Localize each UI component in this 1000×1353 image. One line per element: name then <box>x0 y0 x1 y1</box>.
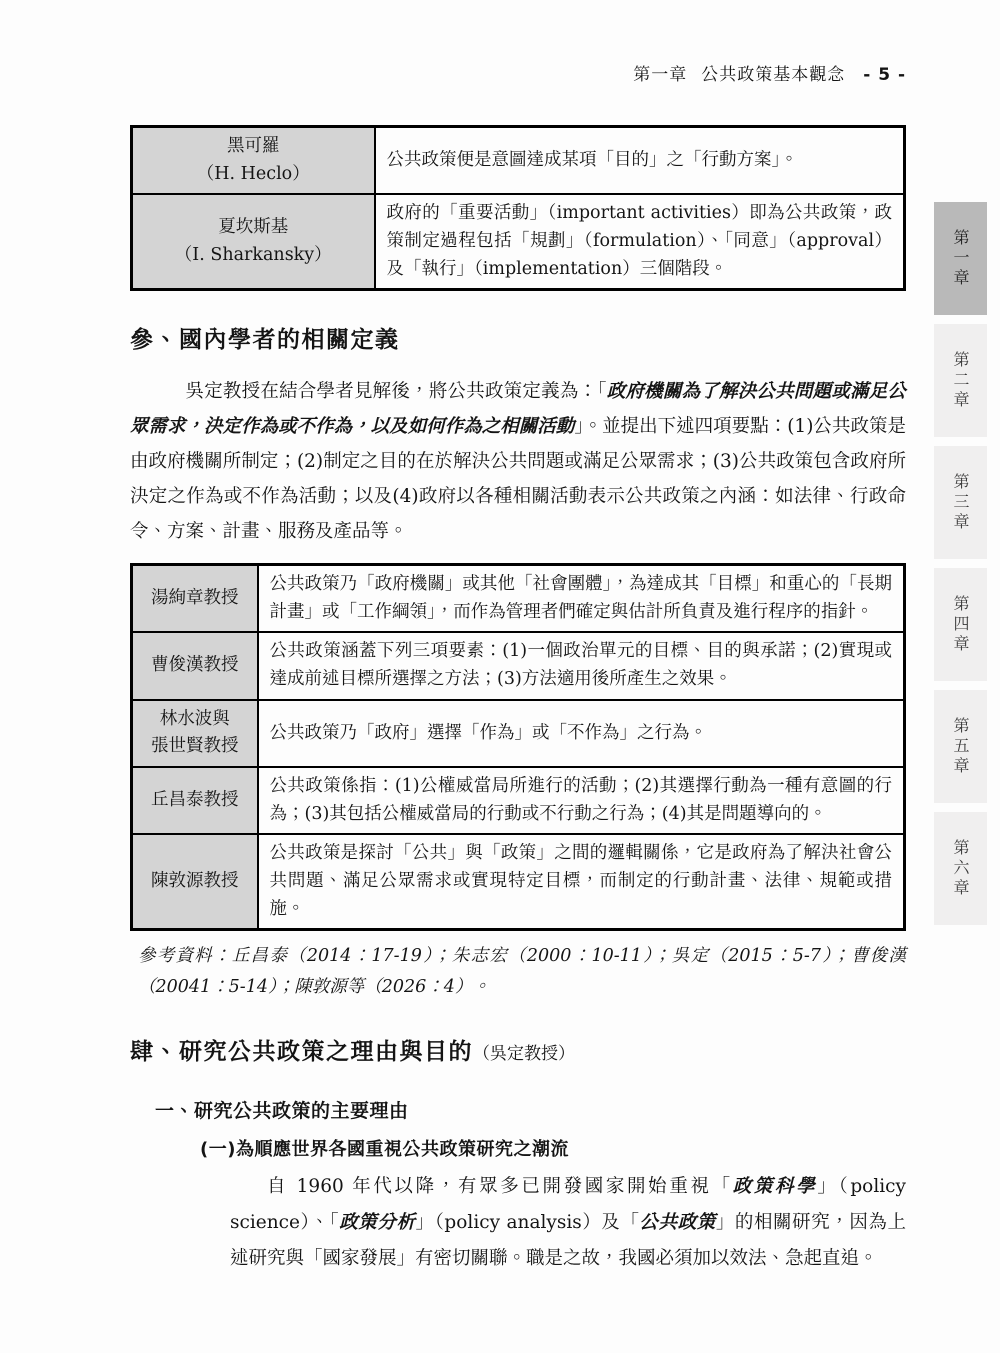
tab-chapter-2[interactable]: 第二章 <box>934 324 987 437</box>
section-heading-text: 肆、研究公共政策之理由與目的 <box>130 1038 473 1065</box>
subsection-heading-main-reasons: 一、研究公共政策的主要理由 <box>155 1096 906 1123</box>
professor-name-cell: 林水波與 張世賢教授 <box>132 700 258 767</box>
body-paragraph: 自 1960 年代以降，有眾多已開發國家開始重視「政策科學」（policy sc… <box>230 1169 906 1277</box>
domestic-scholars-table: 湯絢章教授 公共政策乃「政府機關」或其他「社會團體」，為達成其「目標」和重心的「… <box>130 563 906 931</box>
scholar-name: 黑可羅 <box>137 133 370 161</box>
professor-definition-cell: 公共政策涵蓋下列三項要素：(1)一個政治單元的目標、目的與承諾；(2)實現或達成… <box>258 632 905 699</box>
section-heading-note: （吳定教授） <box>473 1044 575 1064</box>
reference-note: 參考資料：丘昌泰（2014：17-19）；朱志宏（2000：10-11）；吳定（… <box>138 941 906 1003</box>
running-head: 第一章公共政策基本觀念- 5 - <box>130 60 906 85</box>
foreign-scholars-table: 黑可羅 （H. Heclo） 公共政策便是意圖達成某項「目的」之「行動方案」。 … <box>130 125 906 291</box>
intro-text: 吳定教授在結合學者見解後，將公共政策定義為：「 <box>186 381 607 402</box>
professor-name-cell: 曹俊漢教授 <box>132 632 258 699</box>
professor-name: 丘昌泰教授 <box>137 787 253 815</box>
scholar-definition-cell: 公共政策便是意圖達成某項「目的」之「行動方案」。 <box>375 127 905 195</box>
professor-name: 湯絢章教授 <box>137 585 253 613</box>
section-heading-domestic-definitions: 參、國內學者的相關定義 <box>130 321 906 354</box>
table-row: 黑可羅 （H. Heclo） 公共政策便是意圖達成某項「目的」之「行動方案」。 <box>132 127 905 195</box>
professor-definition-cell: 公共政策係指：(1)公權威當局所進行的活動；(2)其選擇行動為一種有意圖的行為；… <box>258 767 905 834</box>
scholar-name-cell: 黑可羅 （H. Heclo） <box>132 127 375 195</box>
table-row: 林水波與 張世賢教授 公共政策乃「政府」選擇「作為」或「不作為」之行為。 <box>132 700 905 767</box>
scholar-name-en: （I. Sharkansky） <box>137 242 370 270</box>
tab-chapter-5[interactable]: 第五章 <box>934 690 987 803</box>
professor-name: 曹俊漢教授 <box>137 652 253 680</box>
chapter-tab-strip: 第一章 第二章 第三章 第四章 第五章 第六章 <box>934 202 1000 934</box>
table-row: 夏坎斯基 （I. Sharkansky） 政府的「重要活動」（important… <box>132 194 905 289</box>
body-text: 自 1960 年代以降，有眾多已開發國家開始重視「 <box>267 1176 733 1197</box>
professor-name-cell: 丘昌泰教授 <box>132 767 258 834</box>
scholar-name-cell: 夏坎斯基 （I. Sharkansky） <box>132 194 375 289</box>
term-policy-analysis: 政策分析 <box>339 1212 415 1233</box>
intro-paragraph: 吳定教授在結合學者見解後，將公共政策定義為：「政府機關為了解決公共問題或滿足公眾… <box>130 374 906 549</box>
tab-chapter-1[interactable]: 第一章 <box>934 202 987 315</box>
professor-name-cell: 陳敦源教授 <box>132 834 258 929</box>
professor-definition-cell: 公共政策是探討「公共」與「政策」之間的邏輯關係，它是政府為了解決社會公共問題、滿… <box>258 834 905 929</box>
section-heading-reasons-purposes: 肆、研究公共政策之理由與目的（吳定教授） <box>130 1033 906 1066</box>
professor-name: 林水波與 <box>137 706 253 734</box>
running-head-chapter: 第一章 <box>633 65 687 85</box>
scholar-name: 夏坎斯基 <box>137 214 370 242</box>
page-number: - 5 - <box>863 65 906 85</box>
tab-chapter-4[interactable]: 第四章 <box>934 568 987 681</box>
professor-name: 陳敦源教授 <box>137 868 253 896</box>
scholar-name-en: （H. Heclo） <box>137 161 370 189</box>
term-public-policy: 公共政策 <box>640 1212 716 1233</box>
table-row: 湯絢章教授 公共政策乃「政府機關」或其他「社會團體」，為達成其「目標」和重心的「… <box>132 565 905 633</box>
professor-definition-cell: 公共政策乃「政府」選擇「作為」或「不作為」之行為。 <box>258 700 905 767</box>
professor-name: 張世賢教授 <box>137 733 253 761</box>
table-row: 曹俊漢教授 公共政策涵蓋下列三項要素：(1)一個政治單元的目標、目的與承諾；(2… <box>132 632 905 699</box>
term-policy-science: 政策科學 <box>733 1176 818 1197</box>
professor-name-cell: 湯絢章教授 <box>132 565 258 633</box>
tab-chapter-3[interactable]: 第三章 <box>934 446 987 559</box>
running-head-title: 公共政策基本觀念 <box>701 65 845 85</box>
page-content: 第一章公共政策基本觀念- 5 - 黑可羅 （H. Heclo） 公共政策便是意圖… <box>130 60 906 1277</box>
professor-definition-cell: 公共政策乃「政府機關」或其他「社會團體」，為達成其「目標」和重心的「長期計畫」或… <box>258 565 905 633</box>
body-text: 」（policy analysis）及「 <box>416 1212 640 1233</box>
subsubsection-heading-world-trend: (一)為順應世界各國重視公共政策研究之潮流 <box>200 1135 906 1161</box>
scholar-definition-cell: 政府的「重要活動」（important activities）即為公共政策，政策… <box>375 194 905 289</box>
tab-chapter-6[interactable]: 第六章 <box>934 812 987 925</box>
table-row: 陳敦源教授 公共政策是探討「公共」與「政策」之間的邏輯關係，它是政府為了解決社會… <box>132 834 905 929</box>
table-row: 丘昌泰教授 公共政策係指：(1)公權威當局所進行的活動；(2)其選擇行動為一種有… <box>132 767 905 834</box>
